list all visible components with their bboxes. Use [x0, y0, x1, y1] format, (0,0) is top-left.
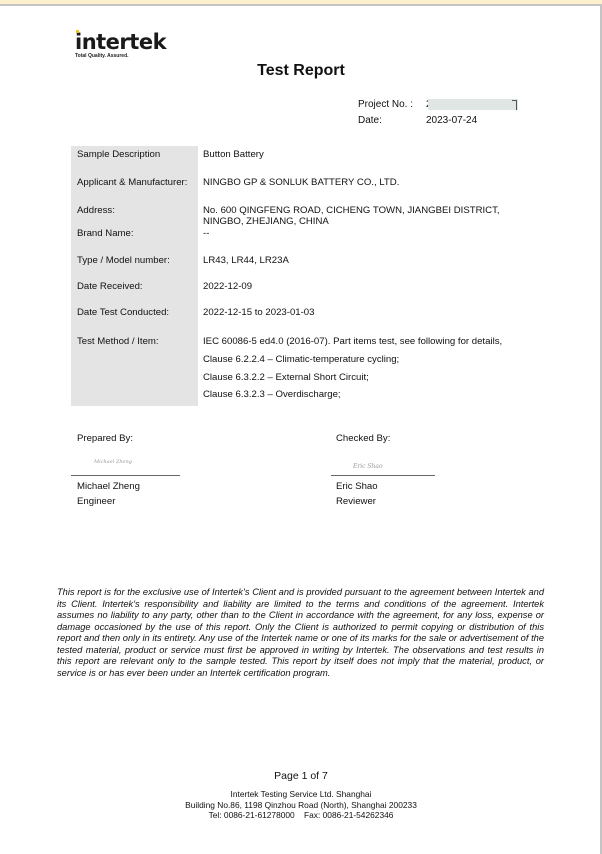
address-label: Address: — [77, 205, 115, 217]
test-method-line: Clause 6.3.2.3 – Overdischarge; — [203, 389, 533, 401]
logo-wordmark: intertek — [75, 33, 166, 51]
date-row: Date: 2023-07-24 — [358, 113, 477, 129]
footer: Intertek Testing Service Ltd. Shanghai B… — [0, 789, 602, 821]
project-number-value: 2 — [426, 97, 432, 113]
page-number: Page 1 of 7 — [0, 770, 602, 782]
date-value: 2023-07-24 — [426, 113, 477, 129]
project-number-row: Project No. : 2 — [358, 97, 477, 113]
sample-description-label: Sample Description — [77, 149, 160, 161]
footer-address: Building No.86, 1198 Qinzhou Road (North… — [0, 800, 602, 811]
footer-company: Intertek Testing Service Ltd. Shanghai — [0, 789, 602, 800]
test-method-line: Clause 6.2.2.4 – Climatic-temperature cy… — [203, 354, 533, 366]
checked-by-label: Checked By: — [336, 433, 390, 444]
footer-contact: Tel: 0086-21-61278000 Fax: 0086-21-54262… — [0, 810, 602, 821]
date-received-value: 2022-12-09 — [203, 281, 533, 293]
date-received-label: Date Received: — [77, 281, 143, 293]
report-meta: Project No. : 2 Date: 2023-07-24 — [358, 97, 477, 129]
applicant-label: Applicant & Manufacturer: — [77, 177, 187, 189]
test-method-label: Test Method / Item: — [77, 336, 159, 348]
prepared-by-label: Prepared By: — [77, 433, 133, 444]
date-conducted-label: Date Test Conducted: — [77, 307, 169, 319]
project-number-label: Project No. : — [358, 97, 426, 113]
model-label: Type / Model number: — [77, 255, 170, 267]
checked-signature: Eric Shao — [353, 463, 383, 470]
sample-description-value: Button Battery — [203, 149, 533, 161]
checked-name: Eric Shao — [336, 479, 378, 494]
checked-signature-line — [331, 475, 435, 476]
test-method-line: Clause 6.3.2.2 – External Short Circuit; — [203, 372, 533, 384]
logo-text: intertek — [75, 30, 166, 54]
prepared-signature: Michael Zheng — [94, 459, 132, 465]
page-top-border — [0, 4, 602, 6]
brand-value: -- — [203, 228, 533, 240]
address-line2: NINGBO, ZHEJIANG, CHINA — [203, 216, 533, 228]
date-conducted-value: 2022-12-15 to 2023-01-03 — [203, 307, 533, 319]
logo-accent-dot — [76, 30, 79, 33]
redaction-block — [428, 99, 518, 110]
prepared-signature-line — [71, 475, 180, 476]
date-label: Date: — [358, 113, 426, 129]
prepared-name: Michael Zheng — [77, 479, 140, 494]
legal-disclaimer: This report is for the exclusive use of … — [57, 587, 544, 679]
model-value: LR43, LR44, LR23A — [203, 255, 533, 267]
prepared-role: Engineer — [77, 494, 115, 509]
checked-role: Reviewer — [336, 494, 376, 509]
intertek-logo: intertek Total Quality. Assured. — [75, 33, 166, 59]
page-title: Test Report — [0, 62, 602, 80]
applicant-value: NINGBO GP & SONLUK BATTERY CO., LTD. — [203, 177, 533, 189]
brand-label: Brand Name: — [77, 228, 134, 240]
test-method-line: IEC 60086-5 ed4.0 (2016-07). Part items … — [203, 336, 533, 348]
redaction-end-mark — [512, 100, 517, 110]
